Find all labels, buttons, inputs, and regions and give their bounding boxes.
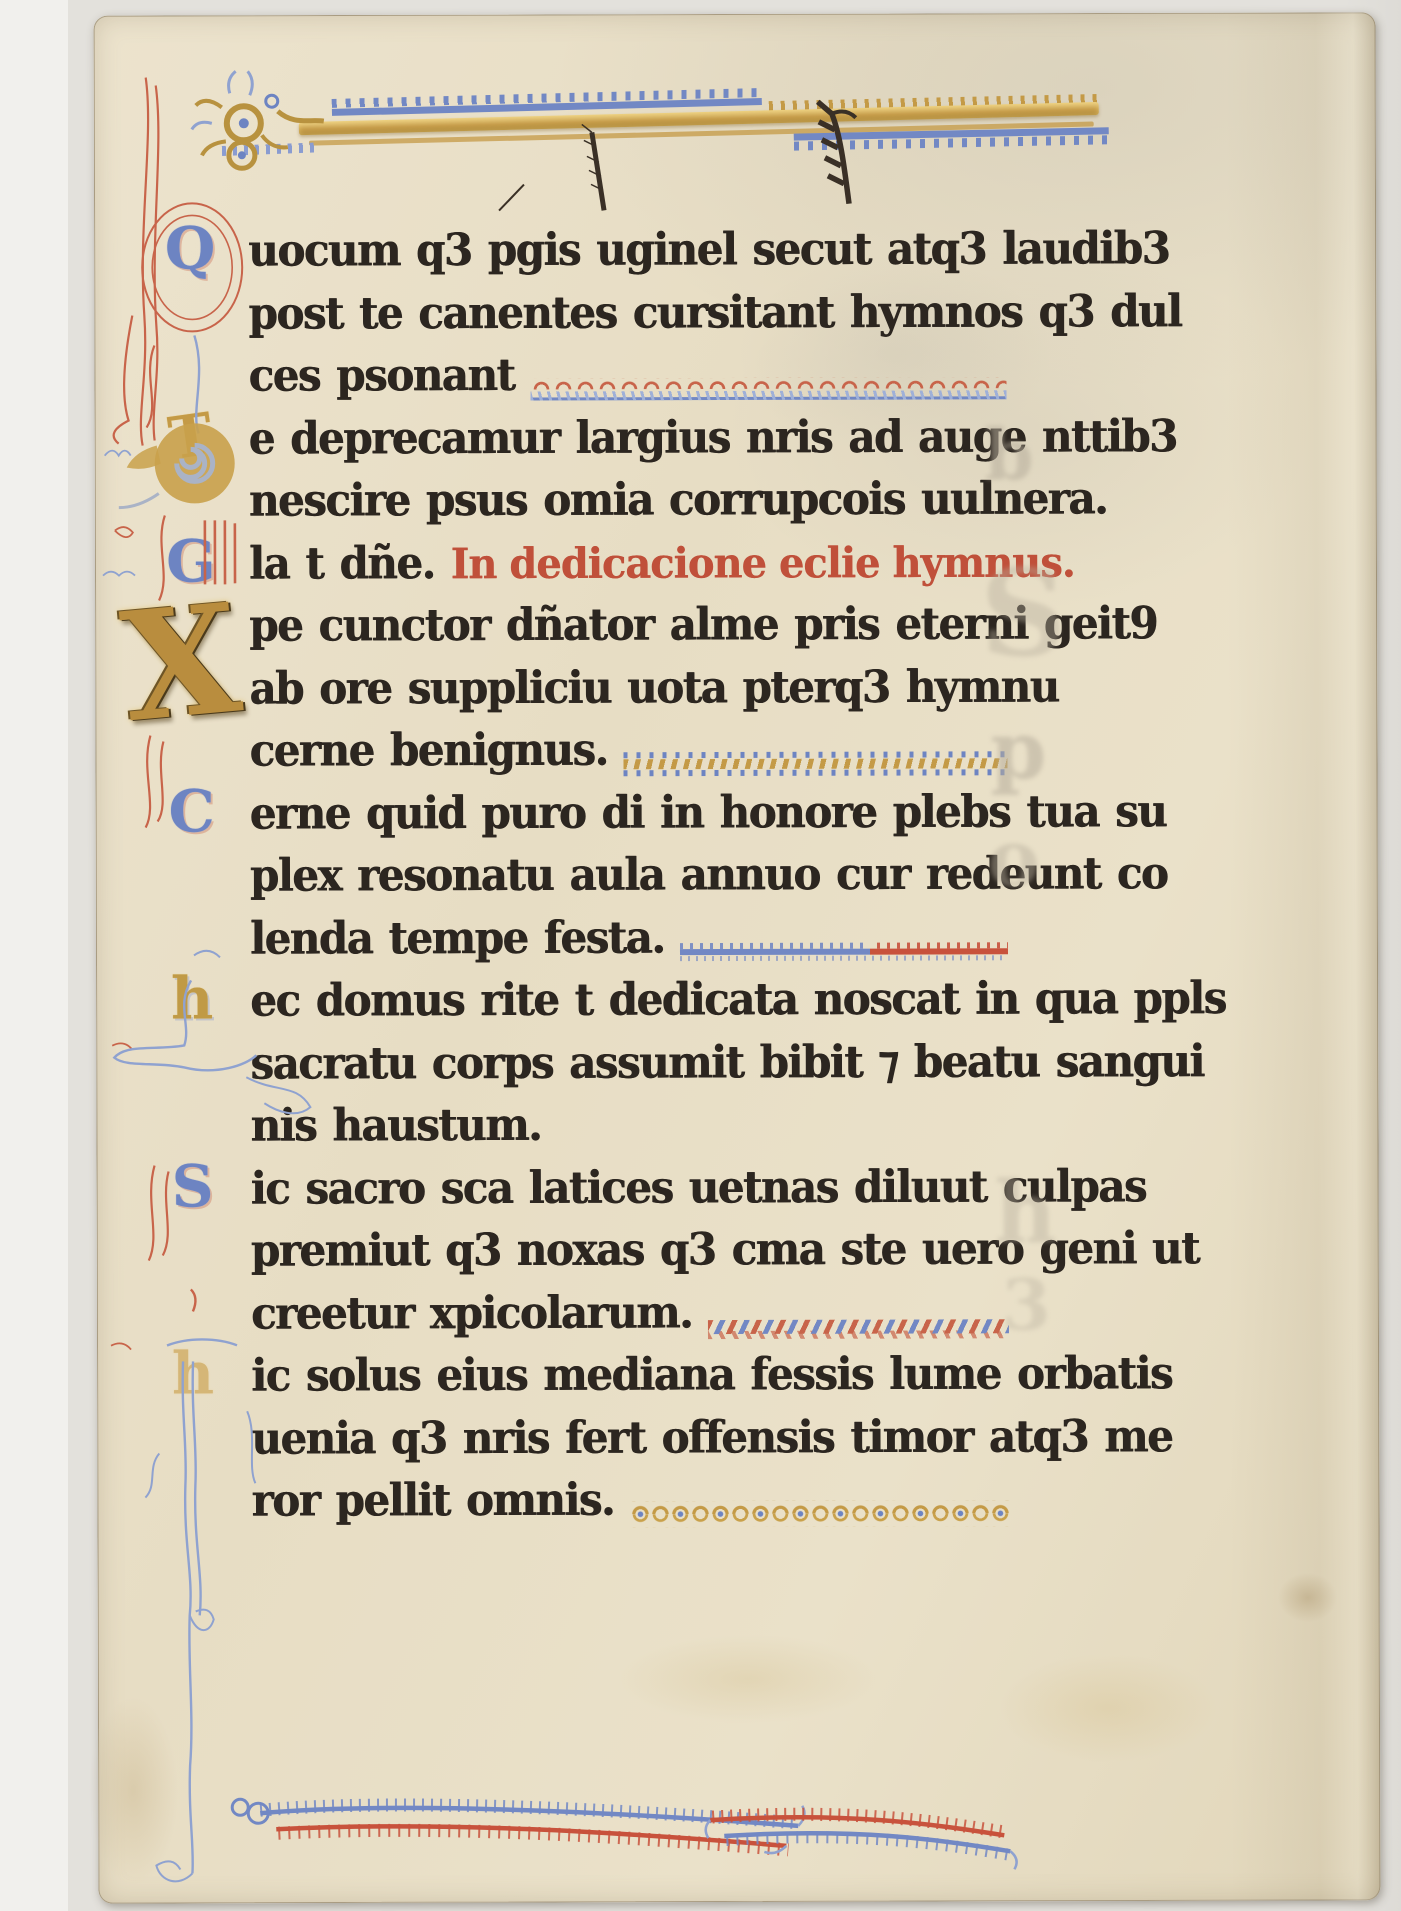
text-line: uenia q3 nris fert offensis timor atq3 m… [251, 1413, 1009, 1477]
illuminated-initial: S [145, 1157, 241, 1215]
line-text: premiut q3 noxas q3 cma ste uero geni ut [251, 1222, 1199, 1276]
line-text: ror pellit omnis. [251, 1473, 614, 1526]
text-block: Q uocum q3 pgis uginel secut atq3 laudib… [248, 225, 1009, 1539]
parchment-stain [618, 1634, 878, 1725]
text-line: post te canentes cursitant hymnos q3 dul [248, 288, 1006, 352]
line-text: nis haustum. [250, 1099, 541, 1152]
illuminated-initial: h [145, 1344, 241, 1402]
line-text: ic solus eius mediana fessis lume orbati… [251, 1347, 1172, 1401]
illuminated-initial: h [144, 969, 240, 1027]
line-text: creetur xpicolarum. [251, 1286, 692, 1339]
line-text: ab ore suppliciu uota pterq3 hymnu [249, 660, 1058, 714]
text-line: ror pellit omnis. [251, 1475, 1009, 1539]
line-text: e deprecamur largius nris ad auge nttib3 [249, 409, 1177, 463]
line-text: erne quid puro di in honore plebs tua su [250, 784, 1167, 838]
line-text: uocum q3 pgis uginel secut atq3 laudib3 [248, 222, 1169, 276]
leaf-edge-shadow [1226, 12, 1381, 1900]
line-text: lenda tempe festa. [250, 911, 665, 964]
text-line: plex resonatu aula annuo cur redeunt co [250, 850, 1008, 914]
photograph-of-manuscript: { "artifact": { "label": "Illuminated ma… [0, 0, 1401, 1911]
rubric-text: In dedicacione eclie hymnus. [450, 537, 1074, 588]
line-text: nescire psus omia corrupcois uulnera. [249, 472, 1107, 526]
text-line: G la t dñe. In dedicacione eclie hymnus. [249, 538, 1007, 602]
text-line: lenda tempe festa. [250, 913, 1008, 977]
text-line: ab ore suppliciu uota pterq3 hymnu [249, 663, 1007, 727]
text-line: h ec domus rite t dedicata noscat in qua… [250, 975, 1008, 1039]
text-line: T e deprecamur largius nris ad auge ntti… [249, 413, 1007, 477]
bottom-ornament-bar [232, 1797, 1016, 1871]
parchment-stain [88, 1695, 178, 1885]
text-line: nescire psus omia corrupcois uulnera. [249, 475, 1007, 539]
line-text: ces psonant [248, 349, 514, 402]
text-line: creetur xpicolarum. [251, 1288, 1009, 1352]
text-line: nis haustum. [250, 1100, 1008, 1164]
line-text: pe cunctor dñator alme pris eterni geit9 [249, 597, 1157, 651]
text-line: ces psonant [248, 350, 1006, 414]
illuminated-initial: X [115, 583, 248, 743]
text-line: S ic sacro sca latices uetnas diluut cul… [251, 1163, 1009, 1227]
line-text: la t dñe. [249, 536, 435, 588]
line-text: sacratu corps assumit bibit ⁊ beatu sang… [250, 1034, 1204, 1088]
line-text: cerne benignus. [249, 723, 607, 776]
manuscript-leaf: Q uocum q3 pgis uginel secut atq3 laudib… [94, 12, 1381, 1903]
line-text: ic sacro sca latices uetnas diluut culpa… [251, 1159, 1146, 1213]
text-line: h ic solus eius mediana fessis lume orba… [251, 1350, 1009, 1414]
line-filler-ornament [708, 1314, 1009, 1339]
line-text: uenia q3 nris fert offensis timor atq3 m… [251, 1409, 1172, 1463]
showthrough-letter: 3 [1002, 1263, 1051, 1346]
line-text: ec domus rite t dedicata noscat in qua p… [250, 972, 1226, 1026]
illuminated-initial: C [144, 782, 240, 840]
text-line: X pe cunctor dñator alme pris eterni gei… [249, 600, 1007, 664]
line-filler-ornament [624, 752, 1008, 777]
text-line: Q uocum q3 pgis uginel secut atq3 laudib… [248, 225, 1006, 289]
line-filler-ornament [557, 1128, 1008, 1151]
line-filler-ornament [680, 942, 1008, 961]
line-text: post te canentes cursitant hymnos q3 dul [248, 284, 1181, 338]
top-ornament-bar [94, 12, 1376, 15]
text-line: sacratu corps assumit bibit ⁊ beatu sang… [250, 1038, 1008, 1102]
parchment-stain [998, 1653, 1218, 1764]
illuminated-initial: T [139, 400, 242, 471]
text-line: premiut q3 noxas q3 cma ste uero geni ut [251, 1225, 1009, 1289]
text-line: C erne quid puro di in honore plebs tua … [250, 788, 1008, 852]
illuminated-initial: Q [142, 219, 238, 277]
line-filler-ornament [530, 378, 1006, 401]
text-line: cerne benignus. [249, 725, 1007, 789]
line-text: plex resonatu aula annuo cur redeunt co [250, 847, 1168, 901]
line-filler-ornament [630, 1501, 1009, 1528]
top-bar-blue-serration-left [222, 142, 317, 156]
